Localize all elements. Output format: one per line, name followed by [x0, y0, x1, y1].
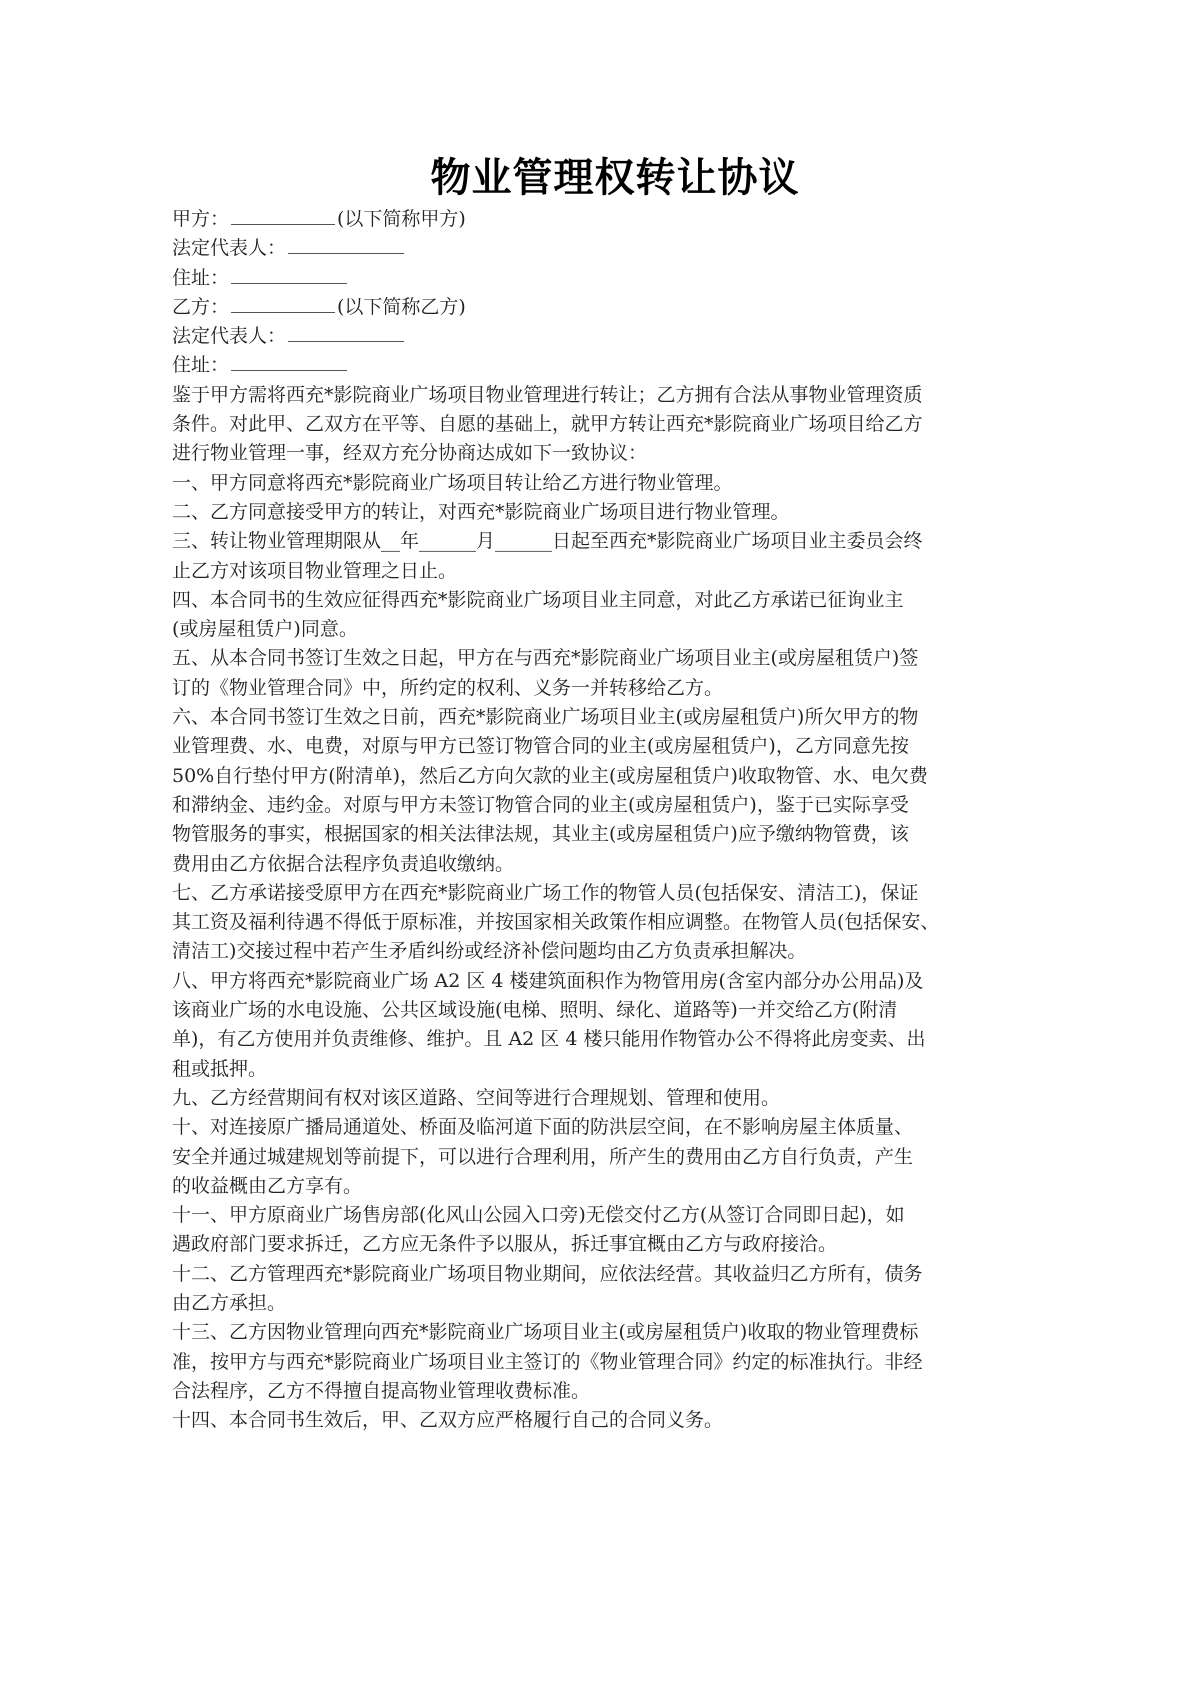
body-line: 50%自行垫付甲方(附清单)，然后乙方向欠款的业主(或房屋租赁户)收取物管、水、…	[172, 762, 1032, 791]
party-b-rep-label: 法定代表人：	[172, 325, 286, 347]
clause-9: 九、乙方经营期间有权对该区道路、空间等进行合理规划、管理和使用。	[172, 1084, 1032, 1113]
clause-13: 十三、乙方因物业管理向西充*影院商业广场项目业主(或房屋租赁户)收取的物业管理费…	[172, 1318, 1032, 1347]
party-a-suffix: (以下简称甲方)	[337, 208, 466, 230]
document-title: 物业管理权转让协议	[0, 150, 1190, 206]
body-line: 鉴于甲方需将西充*影院商业广场项目物业管理进行转让；乙方拥有合法从事物业管理资质	[172, 381, 1032, 410]
party-a-line: 甲方：(以下简称甲方)	[172, 205, 1032, 234]
body-line: 和滞纳金、违约金。对原与甲方未签订物管合同的业主(或房屋租赁户)，鉴于已实际享受	[172, 791, 1032, 820]
body-line: (或房屋租赁户)同意。	[172, 615, 1032, 644]
body-line: 准，按甲方与西充*影院商业广场项目业主签订的《物业管理合同》约定的标准执行。非经	[172, 1348, 1032, 1377]
body-line: 条件。对此甲、乙双方在平等、自愿的基础上，就甲方转让西充*影院商业广场项目给乙方	[172, 410, 1032, 439]
clause-2: 二、乙方同意接受甲方的转让，对西充*影院商业广场项目进行物业管理。	[172, 498, 1032, 527]
body-line: 订的《物业管理合同》中，所约定的权利、义务一并转移给乙方。	[172, 674, 1032, 703]
clause-7: 七、乙方承诺接受原甲方在西充*影院商业广场工作的物管人员(包括保安、清洁工)，保…	[172, 879, 1032, 908]
clause-11: 十一、甲方原商业广场售房部(化风山公园入口旁)无偿交付乙方(从签订合同即日起)，…	[172, 1201, 1032, 1230]
party-a-name-blank[interactable]	[231, 206, 335, 225]
body-line: 物管服务的事实，根据国家的相关法律法规，其业主(或房屋租赁户)应予缴纳物管费，该	[172, 820, 1032, 849]
body-line: 业管理费、水、电费，对原与甲方已签订物管合同的业主(或房屋租赁户)，乙方同意先按	[172, 732, 1032, 761]
body-line: 合法程序，乙方不得擅自提高物业管理收费标准。	[172, 1377, 1032, 1406]
party-b-suffix: (以下简称乙方)	[337, 296, 466, 318]
document-page: 物业管理权转让协议 甲方：(以下简称甲方) 法定代表人： 住址： 乙方：(以下简…	[0, 0, 1190, 1683]
party-a-rep-blank[interactable]	[288, 235, 404, 254]
party-b-label: 乙方：	[172, 296, 229, 318]
body-line: 费用由乙方依据合法程序负责追收缴纳。	[172, 850, 1032, 879]
body-line: 清洁工)交接过程中若产生矛盾纠纷或经济补偿问题均由乙方负责承担解决。	[172, 937, 1032, 966]
clause-8: 八、甲方将西充*影院商业广场 A2 区 4 楼建筑面积作为物管用房(含室内部分办…	[172, 967, 1032, 996]
party-a-address-blank[interactable]	[231, 265, 347, 284]
clause-1: 一、甲方同意将西充*影院商业广场项目转让给乙方进行物业管理。	[172, 469, 1032, 498]
body-line: 进行物业管理一事，经双方充分协商达成如下一致协议：	[172, 439, 1032, 468]
party-b-line: 乙方：(以下简称乙方)	[172, 293, 1032, 322]
party-b-address-label: 住址：	[172, 354, 229, 376]
party-a-label: 甲方：	[172, 208, 229, 230]
document-body: 甲方：(以下简称甲方) 法定代表人： 住址： 乙方：(以下简称乙方) 法定代表人…	[172, 205, 1032, 1435]
party-b-name-blank[interactable]	[231, 294, 335, 313]
party-b-rep-blank[interactable]	[288, 323, 404, 342]
party-b-address-line: 住址：	[172, 351, 1032, 380]
clause-4: 四、本合同书的生效应征得西充*影院商业广场项目业主同意，对此乙方承诺已征询业主	[172, 586, 1032, 615]
party-a-rep-label: 法定代表人：	[172, 237, 286, 259]
body-line: 遇政府部门要求拆迁，乙方应无条件予以服从，拆迁事宜概由乙方与政府接洽。	[172, 1230, 1032, 1259]
clause-14: 十四、本合同书生效后，甲、乙双方应严格履行自己的合同义务。	[172, 1406, 1032, 1435]
clause-5: 五、从本合同书签订生效之日起，甲方在与西充*影院商业广场项目业主(或房屋租赁户)…	[172, 644, 1032, 673]
body-line: 安全并通过城建规划等前提下，可以进行合理利用，所产生的费用由乙方自行负责，产生	[172, 1143, 1032, 1172]
clause-12: 十二、乙方管理西充*影院商业广场项目物业期间，应依法经营。其收益归乙方所有，债务	[172, 1260, 1032, 1289]
body-line: 其工资及福利待遇不得低于原标准，并按国家相关政策作相应调整。在物管人员(包括保安…	[172, 908, 1032, 937]
clause-6: 六、本合同书签订生效之日前，西充*影院商业广场项目业主(或房屋租赁户)所欠甲方的…	[172, 703, 1032, 732]
party-b-address-blank[interactable]	[231, 352, 347, 371]
party-a-rep-line: 法定代表人：	[172, 234, 1032, 263]
body-line: 由乙方承担。	[172, 1289, 1032, 1318]
party-b-rep-line: 法定代表人：	[172, 322, 1032, 351]
clause-10: 十、对连接原广播局通道处、桥面及临河道下面的防洪层空间，在不影响房屋主体质量、	[172, 1113, 1032, 1142]
clause-3: 三、转让物业管理期限从__年______月______日起至西充*影院商业广场项…	[172, 527, 1032, 556]
party-a-address-line: 住址：	[172, 264, 1032, 293]
body-line: 租或抵押。	[172, 1055, 1032, 1084]
body-line: 的收益概由乙方享有。	[172, 1172, 1032, 1201]
body-line: 单)，有乙方使用并负责维修、维护。且 A2 区 4 楼只能用作物管办公不得将此房…	[172, 1025, 1032, 1054]
party-a-address-label: 住址：	[172, 267, 229, 289]
body-line: 止乙方对该项目物业管理之日止。	[172, 557, 1032, 586]
body-line: 该商业广场的水电设施、公共区域设施(电梯、照明、绿化、道路等)一并交给乙方(附清	[172, 996, 1032, 1025]
